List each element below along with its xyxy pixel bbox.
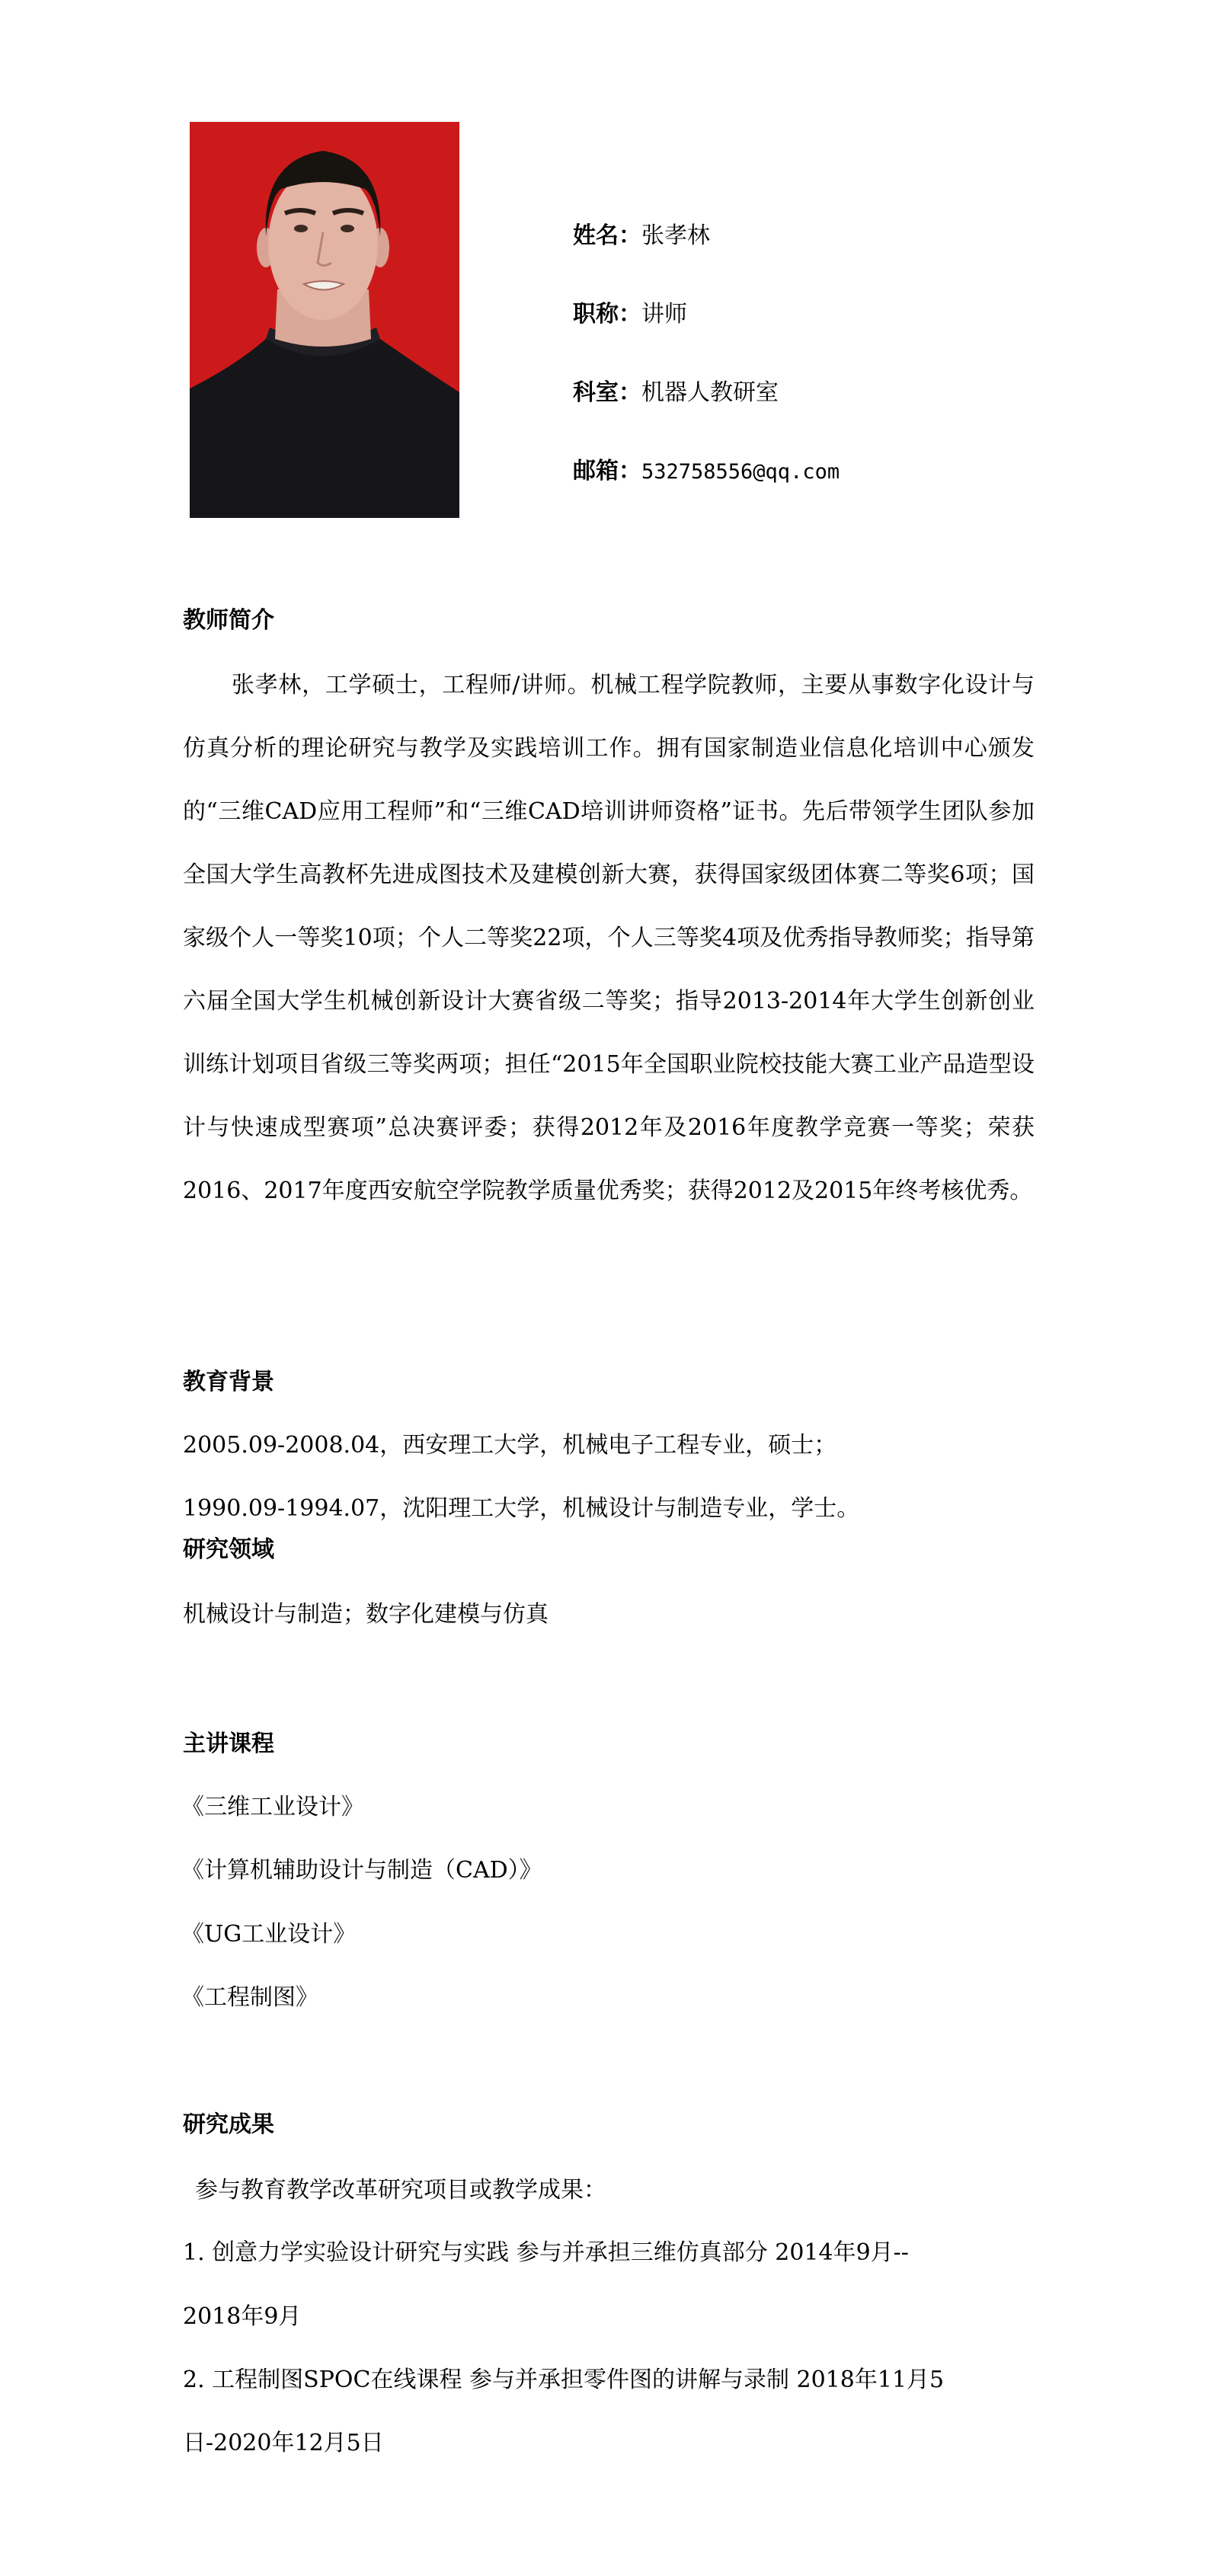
title-label: 职称： [573,301,641,328]
achievement-item-line1: 2. 工程制图SPOC在线课程 参与并承担零件图的讲解与录制 2018年11月5 [183,2365,944,2395]
name-value: 张孝林 [641,222,710,249]
research-field-text: 机械设计与制造；数字化建模与仿真 [183,1600,549,1630]
achievements-heading: 研究成果 [183,2110,274,2140]
profile-title: 职称：讲师 [573,299,687,330]
achievement-item-line2: 2018年9月 [183,2302,301,2332]
department-label: 科室： [573,379,641,406]
title-value: 讲师 [641,301,687,328]
achievements-intro: 参与教育教学改革研究项目或教学成果： [195,2175,606,2206]
education-item: 2005.09-2008.04，西安理工大学，机械电子工程专业，硕士； [183,1430,836,1461]
portrait-image [190,122,459,518]
intro-heading: 教师简介 [183,606,274,636]
department-value: 机器人教研室 [641,379,779,406]
profile-department: 科室：机器人教研室 [573,378,779,408]
teacher-photo [190,122,459,518]
research-field-heading: 研究领域 [183,1535,274,1565]
email-value[interactable]: 532758556@qq.com [641,460,840,484]
education-item: 1990.09-1994.07，沈阳理工大学，机械设计与制造专业，学士。 [183,1494,859,1524]
course-item: 《计算机辅助设计与制造（CAD）》 [181,1855,542,1886]
course-item: 《工程制图》 [181,1983,318,2013]
email-label: 邮箱： [573,458,641,484]
achievement-item-line2: 日-2020年12月5日 [183,2428,384,2459]
name-label: 姓名： [573,222,641,249]
achievement-item-line1: 1. 创意力学实验设计研究与实践 参与并承担三维仿真部分 2014年9月-- [183,2238,909,2268]
course-item: 《UG工业设计》 [181,1919,356,1950]
education-heading: 教育背景 [183,1367,274,1398]
profile-name: 姓名：张孝林 [573,221,710,251]
intro-paragraph: 张孝林，工学硕士，工程师/讲师。机械工程学院教师，主要从事数字化设计与仿真分析的… [183,654,1035,1222]
courses-heading: 主讲课程 [183,1729,274,1759]
course-item: 《三维工业设计》 [181,1792,364,1823]
profile-email: 邮箱：532758556@qq.com [573,456,840,487]
